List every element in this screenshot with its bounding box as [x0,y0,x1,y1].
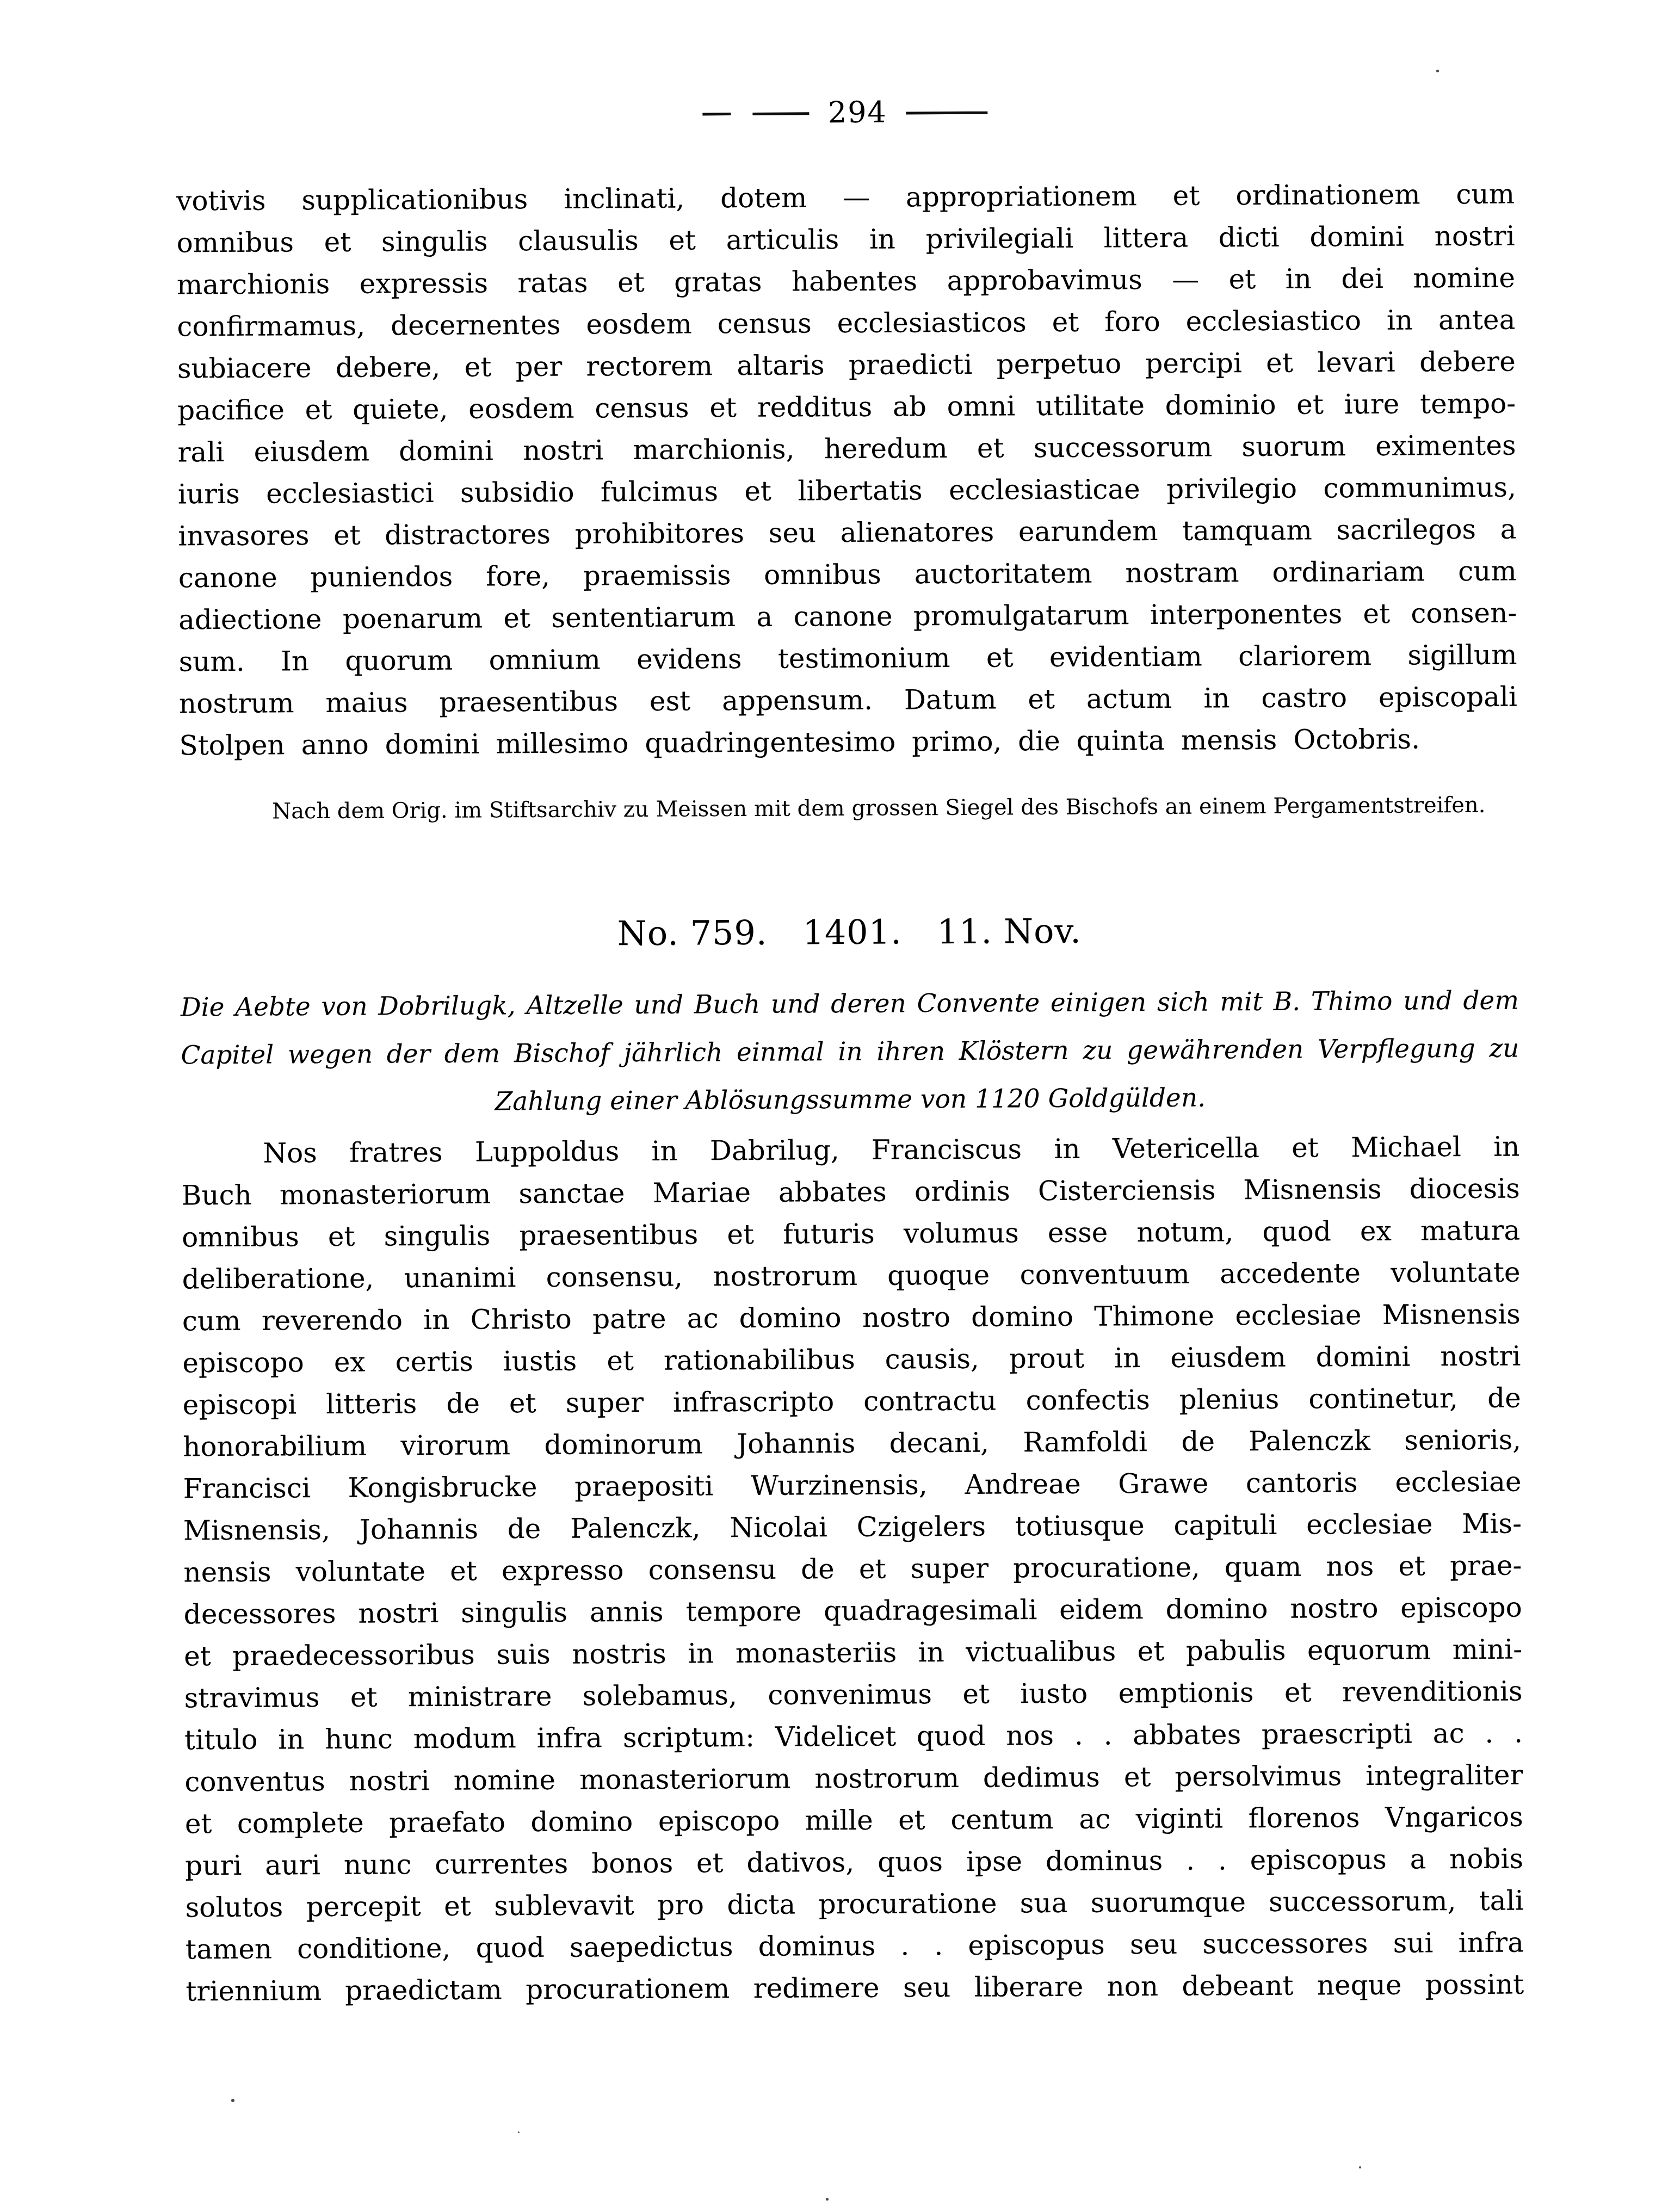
text-line: subiacere debere, et per rectorem altari… [177,341,1516,390]
text-line: puri auri nunc currentes bonos et dativo… [185,1838,1523,1887]
text-line: solutos percepit et sublevavit pro dicta… [185,1880,1523,1929]
text-line: rali eiusdem domini nostri marchionis, h… [177,425,1516,474]
scan-speck [518,2131,520,2133]
text-line: conventus nostri nomine monasteriorum no… [184,1754,1523,1803]
source-note: Nach dem Orig. im Stiftsarchiv zu Meisse… [180,791,1518,826]
text-line: deliberatione, unanimi consensu, nostror… [182,1252,1520,1301]
entry-year: 1401. [802,912,902,952]
header-rule-left-short [703,113,731,115]
text-line: iuris ecclesiastici subsidio fulcimus et… [178,467,1516,516]
header-rule-left [753,112,810,115]
summary-line: Zahlung einer Ablösungssumme von 1120 Go… [181,1073,1519,1128]
entry-759-heading: No. 759. 1401. 11. Nov. [180,906,1518,959]
text-line: sum. In quorum omnium evidens testimoniu… [178,634,1517,683]
text-line: marchionis expressis ratas et gratas hab… [177,257,1515,306]
scan-speck [231,2099,234,2102]
text-line: canone puniendos fore, praemissis omnibu… [178,551,1517,600]
page-header: 294 [176,88,1514,137]
summary-line: Die Aebte von Dobrilugk, Altzelle und Bu… [181,977,1519,1032]
header-rule-right [906,111,987,114]
text-line: decessores nostri singulis annis tempore… [184,1587,1522,1636]
text-line: honorabilium virorum dominorum Johannis … [183,1419,1521,1468]
entry-number: No. 759. [617,913,767,953]
text-line: tamen conditione, quod saepedictus domin… [186,1922,1524,1971]
scan-speck [1436,70,1439,72]
text-line: Misnensis, Johannis de Palenczk, Nicolai… [183,1503,1522,1552]
summary-line: Capitel wegen der dem Bischof jährlich e… [181,1025,1519,1080]
text-line: et praedecessoribus suis nostris in mona… [184,1629,1522,1678]
entry-759-body: Nos fratres Luppoldus in Dabrilug, Franc… [181,1126,1524,2013]
scan-speck [1359,2166,1361,2168]
page-number: 294 [828,95,887,130]
text-line: pacifice et quiete, eosdem census et red… [177,383,1516,432]
text-line: omnibus et singulis praesentibus et futu… [182,1210,1520,1259]
text-line: stravimus et ministrare solebamus, conve… [184,1671,1522,1720]
scanned-text-block: 294 votivis supplicationibus inclinati, … [175,0,1524,2012]
text-line: episcopi litteris de et super infrascrip… [183,1377,1521,1426]
text-line: nostrum maius praesentibus est appensum.… [179,676,1517,725]
text-line: omnibus et singulis clausulis et articul… [176,215,1515,264]
document-page: 294 votivis supplicationibus inclinati, … [0,0,1662,2212]
scan-speck [826,2198,829,2201]
text-line: adiectione poenarum et sententiarum a ca… [178,592,1517,641]
text-line: nensis voluntate et expresso consensu de… [183,1545,1522,1594]
text-line: titulo in hunc modum infra scriptum: Vid… [184,1713,1523,1762]
text-line: Stolpen anno domini millesimo quadringen… [179,718,1517,767]
text-line: episcopo ex certis iustis et rationabili… [182,1336,1521,1385]
text-line: votivis supplicationibus inclinati, dote… [176,174,1515,223]
text-line: triennium praedictam procurationem redim… [186,1964,1524,2013]
entry-759-summary: Die Aebte von Dobrilugk, Altzelle und Bu… [181,977,1519,1128]
text-line: invasores et distractores prohibitores s… [178,509,1516,558]
text-line: et complete praefato domino episcopo mil… [185,1796,1523,1845]
entry-758-paragraph: votivis supplicationibus inclinati, dote… [176,174,1518,767]
text-line: confirmamus, decernentes eosdem census e… [177,299,1515,348]
text-line: Francisci Kongisbrucke praepositi Wurzin… [183,1461,1521,1510]
text-line: cum reverendo in Christo patre ac domino… [182,1294,1521,1343]
entry-date: 11. Nov. [937,911,1082,951]
text-line: Buch monasteriorum sanctae Mariae abbate… [182,1168,1520,1217]
text-line: Nos fratres Luppoldus in Dabrilug, Franc… [181,1126,1519,1175]
